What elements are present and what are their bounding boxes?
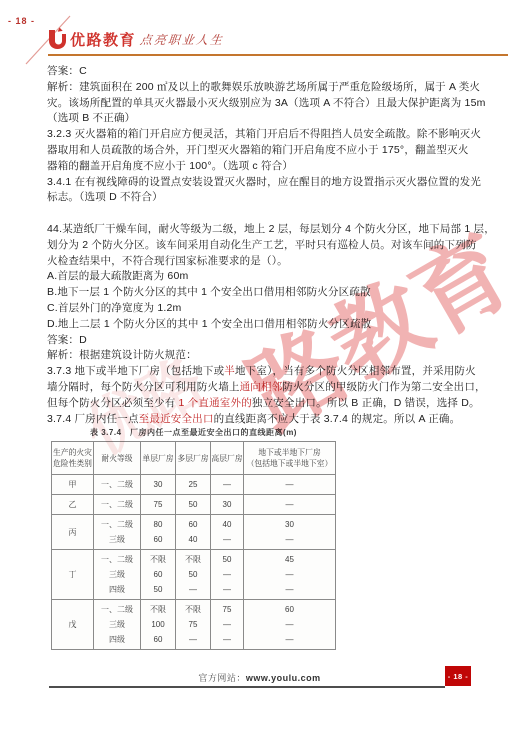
table-cell-text: 60 bbox=[244, 602, 335, 617]
table-cell-text: 三级 bbox=[94, 532, 140, 547]
footer-website: 官方网站：www.youlu.com bbox=[0, 671, 519, 684]
text-segment: 44.某造纸厂干燥车间，耐火等级为二级，地上 2 层，每层划分 4 个防火分区，… bbox=[47, 223, 495, 235]
logo-text: 优路教育 bbox=[70, 29, 136, 50]
table-header-text: 生产的火灾 bbox=[52, 447, 93, 458]
table-value-cell: 不限10060 bbox=[141, 600, 176, 649]
text-line: 标志。（选项 D 不符合） bbox=[47, 190, 509, 206]
header-underline bbox=[48, 54, 508, 56]
table-header-text: 多层厂房 bbox=[176, 453, 210, 464]
table-value-cell: 一、二级三级四级 bbox=[94, 600, 141, 649]
table-category-cell: 戊 bbox=[52, 600, 94, 649]
fire-table-header: 生产的火灾危险性类别耐火等级单层厂房多层厂房高层厂房地下或半地下厂房（包括地下或… bbox=[52, 442, 335, 474]
text-line: A.首层的最大疏散距离为 60m bbox=[47, 269, 509, 285]
text-segment: 答案：D bbox=[47, 334, 87, 346]
table-cell-text: 60 bbox=[176, 517, 210, 532]
text-line: 解析：建筑面积在 200 ㎡及以上的歌舞娱乐放映游艺场所属于严重危险级场所，属于… bbox=[47, 80, 509, 96]
text-segment: 灾。该场所配置的单具灭火器最小灭火级别应为 3A（选项 A 不符合）且最大保护距… bbox=[47, 97, 486, 109]
table-cell-text: — bbox=[244, 617, 335, 632]
text-segment: 解析：根据建筑设计防火规范： bbox=[47, 349, 197, 361]
table-header-cell: 高层厂房 bbox=[211, 442, 244, 474]
table-cell-text: — bbox=[211, 632, 243, 647]
highlighted-text: 半 bbox=[224, 365, 235, 377]
table-cell-text: 四级 bbox=[94, 632, 140, 647]
table-cell-text: 一、二级 bbox=[94, 552, 140, 567]
table-value-cell: 30 bbox=[211, 495, 244, 514]
text-line: 3.4.1 在有视线障碍的设置点安装设置灭火器时，应在醒目的地方设置指示灭火器位… bbox=[47, 175, 509, 191]
table-row: 甲一、二级3025—— bbox=[52, 474, 335, 494]
table-cell-text: 一、二级 bbox=[94, 497, 140, 512]
fire-distance-table: 生产的火灾危险性类别耐火等级单层厂房多层厂房高层厂房地下或半地下厂房（包括地下或… bbox=[51, 441, 336, 650]
text-segment: 但每个防火分区必须至少有 bbox=[47, 397, 179, 409]
table-cell-text: 50 bbox=[176, 497, 210, 512]
fire-table-body: 甲一、二级3025——乙一、二级755030—丙一、二级三级8060604040… bbox=[52, 474, 335, 649]
logo-tagline: 点亮职业人生 bbox=[139, 31, 225, 48]
table-header-text: 耐火等级 bbox=[94, 453, 140, 464]
logo: 优路教育 点亮职业人生 bbox=[47, 26, 224, 52]
text-line: D.地上二层 1 个防火分区的其中 1 个安全出口借用相邻防火分区疏散 bbox=[47, 317, 509, 333]
table-value-cell: 一、二级三级 bbox=[94, 515, 141, 549]
table-value-cell: 50—— bbox=[211, 550, 244, 599]
footer-rule bbox=[49, 686, 445, 688]
text-segment: 器取用和人员疏散的场合外，开门型灭火器箱的箱门开启角度不应小于 175°，翻盖型… bbox=[47, 144, 469, 156]
table-header-text: 单层厂房 bbox=[141, 453, 175, 464]
table-cell-text: — bbox=[244, 477, 335, 492]
table-cell-text: — bbox=[176, 582, 210, 597]
table-cell-text: — bbox=[211, 567, 243, 582]
table-cell-text: 60 bbox=[141, 532, 175, 547]
text-line: 3.7.3 地下或半地下厂房（包括地下或半地下室），当有多个防火分区相邻布置，并… bbox=[47, 364, 509, 380]
table-cell-text: 一、二级 bbox=[94, 517, 140, 532]
text-line: （选项 B 不正确） bbox=[47, 111, 509, 127]
text-line: 答案：C bbox=[47, 64, 509, 80]
table-cell-text: 60 bbox=[141, 567, 175, 582]
table-cell-text: 不限 bbox=[176, 552, 210, 567]
text-line: B.地下一层 1 个防火分区的其中 1 个安全出口借用相邻防火分区疏散 bbox=[47, 285, 509, 301]
table-category-cell: 丁 bbox=[52, 550, 94, 599]
table-category-cell: 甲 bbox=[52, 475, 94, 494]
text-line: 器取用和人员疏散的场合外，开门型灭火器箱的箱门开启角度不应小于 175°，翻盖型… bbox=[47, 143, 509, 159]
footer-website-label: 官方网站： bbox=[198, 673, 246, 683]
table-cell-text: 丙 bbox=[52, 525, 93, 540]
table-header-cell: 单层厂房 bbox=[141, 442, 176, 474]
text-line: 44.某造纸厂干燥车间，耐火等级为二级，地上 2 层，每层划分 4 个防火分区，… bbox=[47, 222, 509, 238]
table-value-cell: — bbox=[211, 475, 244, 494]
table-cell-text: 戊 bbox=[52, 617, 93, 632]
table-cell-text: 80 bbox=[141, 517, 175, 532]
table-cell-text: 25 bbox=[176, 477, 210, 492]
text-segment: A.首层的最大疏散距离为 60m bbox=[47, 270, 188, 282]
table-header-cell: 生产的火灾危险性类别 bbox=[52, 442, 94, 474]
table-cell-text: 三级 bbox=[94, 617, 140, 632]
table-category-cell: 乙 bbox=[52, 495, 94, 514]
table-cell-text: 不限 bbox=[141, 602, 175, 617]
table-cell-text: — bbox=[211, 532, 243, 547]
text-segment: 独立安全出口。所以 B 正确，D 错误，选择 D。 bbox=[252, 397, 480, 409]
footer-website-url: www.youlu.com bbox=[246, 673, 321, 683]
text-segment: B.地下一层 1 个防火分区的其中 1 个安全出口借用相邻防火分区疏散 bbox=[47, 286, 371, 298]
text-line: 灾。该场所配置的单具灭火器最小灭火级别应为 3A（选项 A 不符合）且最大保护距… bbox=[47, 96, 509, 112]
table-value-cell: 不限75— bbox=[176, 600, 211, 649]
table-title: 表 3.7.4 厂房内任一点至最近安全出口的直线距离(m) bbox=[51, 427, 336, 438]
table-cell-text: — bbox=[244, 582, 335, 597]
table-value-cell: 40— bbox=[211, 515, 244, 549]
table-cell-text: — bbox=[211, 477, 243, 492]
text-segment: D.地上二层 1 个防火分区的其中 1 个安全出口借用相邻防火分区疏散 bbox=[47, 318, 371, 330]
table-value-cell: 30— bbox=[244, 515, 335, 549]
table-cell-text: 不限 bbox=[141, 552, 175, 567]
text-segment: 3.7.4 厂房内任一点 bbox=[47, 413, 139, 425]
table-value-cell: 一、二级三级四级 bbox=[94, 550, 141, 599]
table-row: 丙一、二级三级8060604040—30— bbox=[52, 514, 335, 549]
text-line: 答案：D bbox=[47, 333, 509, 349]
table-cell-text: 30 bbox=[244, 517, 335, 532]
table-cell-text: 30 bbox=[211, 497, 243, 512]
table-header-text: 地下或半地下厂房 bbox=[244, 447, 335, 458]
highlighted-text: 通向相邻 bbox=[240, 381, 283, 393]
table-value-cell: 一、二级 bbox=[94, 495, 141, 514]
table-cell-text: 甲 bbox=[52, 477, 93, 492]
table-cell-text: 三级 bbox=[94, 567, 140, 582]
text-line: 解析：根据建筑设计防火规范： bbox=[47, 348, 509, 364]
distance-table-section: 表 3.7.4 厂房内任一点至最近安全出口的直线距离(m) 生产的火灾危险性类别… bbox=[51, 427, 336, 650]
text-segment: 墙分隔时，每个防火分区可利用防火墙上 bbox=[47, 381, 240, 393]
text-line: 但每个防火分区必须至少有 1 个直通室外的独立安全出口。所以 B 正确，D 错误… bbox=[47, 396, 509, 412]
text-segment: 3.7.3 地下或半地下厂房（包括地下或 bbox=[47, 365, 224, 377]
table-header-text: 高层厂房 bbox=[211, 453, 243, 464]
table-row: 丁一、二级三级四级不限6050不限50—50——45—— bbox=[52, 549, 335, 599]
text-segment: 答案：C bbox=[47, 65, 87, 77]
text-line: 划分为 2 个防火分区。该车间采用自动化生产工艺，平时只有巡检人员。对该车间的下… bbox=[47, 238, 509, 254]
table-cell-text: 四级 bbox=[94, 582, 140, 597]
table-cell-text: — bbox=[211, 617, 243, 632]
table-cell-text: 乙 bbox=[52, 497, 93, 512]
table-cell-text: — bbox=[176, 632, 210, 647]
text-segment: 器箱的翻盖开启角度不应小于 100°。（选项 c 符合） bbox=[47, 160, 293, 172]
table-value-cell: — bbox=[244, 495, 335, 514]
text-line: C.首层外门的净宽度为 1.2m bbox=[47, 301, 509, 317]
table-value-cell: 8060 bbox=[141, 515, 176, 549]
table-cell-text: 50 bbox=[141, 582, 175, 597]
highlighted-text: 1 个直通室外的 bbox=[179, 397, 252, 409]
text-line: 墙分隔时，每个防火分区可利用防火墙上通向相邻防火分区的甲级防火门作为第二安全出口… bbox=[47, 380, 509, 396]
text-segment: 3.4.1 在有视线障碍的设置点安装设置灭火器时，应在醒目的地方设置指示灭火器位… bbox=[47, 176, 481, 188]
text-line: 器箱的翻盖开启角度不应小于 100°。（选项 c 符合） bbox=[47, 159, 509, 175]
table-cell-text: 50 bbox=[211, 552, 243, 567]
table-value-cell: 6040 bbox=[176, 515, 211, 549]
text-segment: 火检查结果中，不符合现行国家标准要求的是（）。 bbox=[47, 255, 288, 267]
content-lines: 答案：C解析：建筑面积在 200 ㎡及以上的歌舞娱乐放映游艺场所属于严重危险级场… bbox=[47, 64, 509, 427]
table-value-cell: 25 bbox=[176, 475, 211, 494]
table-cell-text: 60 bbox=[141, 632, 175, 647]
table-cell-text: 一、二级 bbox=[94, 602, 140, 617]
table-header-cell: 耐火等级 bbox=[94, 442, 141, 474]
table-row: 戊一、二级三级四级不限10060不限75—75——60—— bbox=[52, 599, 335, 649]
table-value-cell: 45—— bbox=[244, 550, 335, 599]
table-value-cell: 75 bbox=[141, 495, 176, 514]
document-page: - 18 - 优路教育 点亮职业人生 答案：C解析：建筑面积在 200 ㎡及以上… bbox=[0, 0, 519, 735]
table-value-cell: 不限50— bbox=[176, 550, 211, 599]
table-cell-text: — bbox=[244, 632, 335, 647]
table-cell-text: 45 bbox=[244, 552, 335, 567]
table-cell-text: 50 bbox=[176, 567, 210, 582]
table-cell-text: 100 bbox=[141, 617, 175, 632]
table-cell-text: 30 bbox=[141, 477, 175, 492]
table-cell-text: 一、二级 bbox=[94, 477, 140, 492]
table-header-text: （包括地下或半地下室） bbox=[244, 458, 335, 469]
youlu-logo-icon bbox=[47, 27, 67, 51]
table-header-text: 危险性类别 bbox=[52, 458, 93, 469]
text-segment: 划分为 2 个防火分区。该车间采用自动化生产工艺，平时只有巡检人员。对该车间的下… bbox=[47, 239, 477, 251]
table-value-cell: 不限6050 bbox=[141, 550, 176, 599]
table-category-cell: 丙 bbox=[52, 515, 94, 549]
table-cell-text: — bbox=[244, 532, 335, 547]
table-cell-text: 75 bbox=[176, 617, 210, 632]
text-segment: 的直线距离不应大于表 3.7.4 的规定。所以 A 正确。 bbox=[214, 413, 461, 425]
table-cell-text: — bbox=[244, 497, 335, 512]
text-segment: （选项 B 不正确） bbox=[47, 112, 135, 124]
text-line: 火检查结果中，不符合现行国家标准要求的是（）。 bbox=[47, 254, 509, 270]
text-line: 3.2.3 灭火器箱的箱门开启应方便灵活，其箱门开启后不得阻挡人员安全疏散。除不… bbox=[47, 127, 509, 143]
table-cell-text: — bbox=[244, 567, 335, 582]
table-value-cell: 一、二级 bbox=[94, 475, 141, 494]
table-cell-text: 75 bbox=[141, 497, 175, 512]
text-line bbox=[47, 206, 509, 222]
text-line: 3.7.4 厂房内任一点至最近安全出口的直线距离不应大于表 3.7.4 的规定。… bbox=[47, 412, 509, 428]
table-value-cell: 60—— bbox=[244, 600, 335, 649]
table-row: 乙一、二级755030— bbox=[52, 494, 335, 514]
table-cell-text: 40 bbox=[176, 532, 210, 547]
table-value-cell: — bbox=[244, 475, 335, 494]
footer-page-badge: - 18 - bbox=[445, 666, 471, 686]
table-value-cell: 30 bbox=[141, 475, 176, 494]
table-header-cell: 多层厂房 bbox=[176, 442, 211, 474]
table-cell-text: 75 bbox=[211, 602, 243, 617]
text-segment: 标志。（选项 D 不符合） bbox=[47, 191, 163, 203]
table-cell-text: 丁 bbox=[52, 567, 93, 582]
text-segment: C.首层外门的净宽度为 1.2m bbox=[47, 302, 181, 314]
text-segment: 地下室），当有多个防火分区相邻布置，并采用防火 bbox=[235, 365, 476, 377]
text-segment: 解析：建筑面积在 200 ㎡及以上的歌舞娱乐放映游艺场所属于严重危险级场所，属于… bbox=[47, 81, 480, 93]
table-cell-text: 不限 bbox=[176, 602, 210, 617]
table-value-cell: 50 bbox=[176, 495, 211, 514]
table-value-cell: 75—— bbox=[211, 600, 244, 649]
text-segment: 3.2.3 灭火器箱的箱门开启应方便灵活，其箱门开启后不得阻挡人员安全疏散。除不… bbox=[47, 128, 481, 140]
text-segment: 防火分区的甲级防火门作为第二安全出口， bbox=[282, 381, 485, 393]
highlighted-text: 至最近安全出口 bbox=[139, 413, 214, 425]
table-cell-text: 40 bbox=[211, 517, 243, 532]
table-header-cell: 地下或半地下厂房（包括地下或半地下室） bbox=[244, 442, 335, 474]
table-cell-text: — bbox=[211, 582, 243, 597]
